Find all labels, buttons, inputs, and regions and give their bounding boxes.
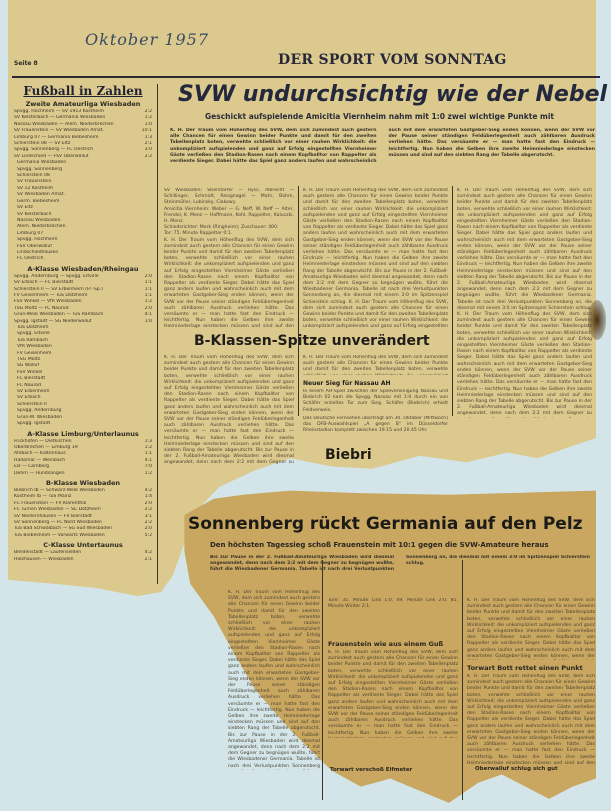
article-svw-col1: SV Wiesbaden: Stierstorfer — Ryss, Albre… xyxy=(164,188,294,328)
table-row: Spvgg. Igstadt xyxy=(14,421,152,427)
masthead-rule xyxy=(12,76,600,78)
box-text-nassau: In einem AH-Spiel zwischen der Spielvere… xyxy=(303,389,448,414)
result-row: TuS Biebesheim — Vorwärts Wiesbaden5:2 xyxy=(14,533,152,539)
headline-b-klassen: B-Klassen-Spitze unverändert xyxy=(194,333,430,349)
headline-sonnenberg: Sonnenberg rückt Germania auf den Pelz xyxy=(188,514,583,534)
sidebar-section-heading: A-Klasse Wiesbaden/Rheingau xyxy=(14,265,152,273)
football-results-sidebar: Fußball in Zahlen Zweite Amateurliga Wie… xyxy=(14,84,152,563)
sidebar-section-heading: A-Klasse Limburg/Unterlaunus xyxy=(14,430,152,438)
article-b-klassen-col1: K. H. Der Traum vom Höhenflug des SVW, d… xyxy=(164,355,294,465)
column-divider xyxy=(452,186,453,416)
subhead-oberwalluf: Oberwalluf schlug sich gut xyxy=(475,766,558,772)
sidebar-title: Fußball in Zahlen xyxy=(14,84,152,98)
column-divider xyxy=(298,186,299,416)
sidebar-section-heading: Zweite Amateurliga Wiesbaden xyxy=(14,100,152,108)
article-fragment-left: K. H. Der Traum vom Höhenflug des SVW, d… xyxy=(228,590,320,770)
lineup-svw: SV Wiesbaden: Stierstorfer — Ryss, Albre… xyxy=(164,188,294,207)
article-col-right: K. H. Der Traum vom Höhenflug des SVW, d… xyxy=(467,598,595,660)
body-text: K. H. Der Traum vom Höhenflug des SVW, d… xyxy=(164,238,294,328)
result-row: Holzhausen — Wiesbaden2:1 xyxy=(14,557,152,563)
subhead-sonnenberg: Den höchsten Tagessieg schoß Frauenstein… xyxy=(210,541,549,549)
column-divider xyxy=(157,84,158,584)
result-row: Dehrn — Hundsangen1:2 xyxy=(14,471,152,477)
article-svw-col2: K. H. Der Traum vom Höhenflug des SVW, d… xyxy=(303,188,448,328)
torn-headline-fragment: Biebri xyxy=(325,447,372,463)
sidebar-content: Zweite Amateurliga WiesbadenSpvgg. Hochh… xyxy=(14,100,152,563)
tv-note: Das Deutsche Fernsehen überträgt am 30. … xyxy=(303,416,448,442)
sidebar-section-heading: C-Klasse Untertaunus xyxy=(14,541,152,549)
goals-note: Tore: 35. Minute Link 1:0, 49. Minute Li… xyxy=(328,598,458,618)
masthead: DER SPORT VOM SONNTAG xyxy=(278,52,507,68)
article-svw-col3: K. H. Der Traum vom Höhenflug des SVW, d… xyxy=(457,188,592,418)
table-row: FC Oestrich xyxy=(14,256,152,262)
box-heading-nassau: Neuer Sieg für Nassau AH xyxy=(303,380,391,387)
article-frauenstein: K. H. Der Traum vom Höhenflug des SVW, d… xyxy=(328,650,458,738)
headline-svw: SVW undurchsichtig wie der Nebel xyxy=(178,82,607,107)
body-text: K. H. Der Traum vom Höhenflug des SVW, d… xyxy=(303,355,448,375)
column-divider xyxy=(322,560,323,800)
sidebar-section-heading: B-Klasse Wiesbaden xyxy=(14,479,152,487)
article-torwart-bott: K. H. Der Traum vom Höhenflug des SVW, d… xyxy=(467,674,595,764)
article-sonnenberg-intro: Bis zur Pause in der 2. Fußball-Amateurl… xyxy=(210,555,590,585)
lineup-viernheim: Amicitia Viernheim: Weber — G. Neff, W. … xyxy=(164,207,294,226)
article-svw-lead: K. H. Der Traum vom Höhenflug des SVW, d… xyxy=(170,128,595,182)
handwritten-date: Oktober 1957 xyxy=(85,30,209,49)
page-number: Seite 8 xyxy=(14,60,38,67)
subhead-svw: Geschickt aufspielende Amicitia Viernhei… xyxy=(205,112,554,121)
subhead-frauenstein: Frauenstein wie aus einem Guß xyxy=(328,640,443,648)
article-b-klassen-col2: K. H. Der Traum vom Höhenflug des SVW, d… xyxy=(303,355,448,375)
subhead-elfmeter: Torwart verschoß Elfmeter xyxy=(330,767,412,773)
column-divider xyxy=(462,560,463,800)
subhead-torwart-bott: Torwart Bott rettet einen Punkt xyxy=(467,664,583,672)
